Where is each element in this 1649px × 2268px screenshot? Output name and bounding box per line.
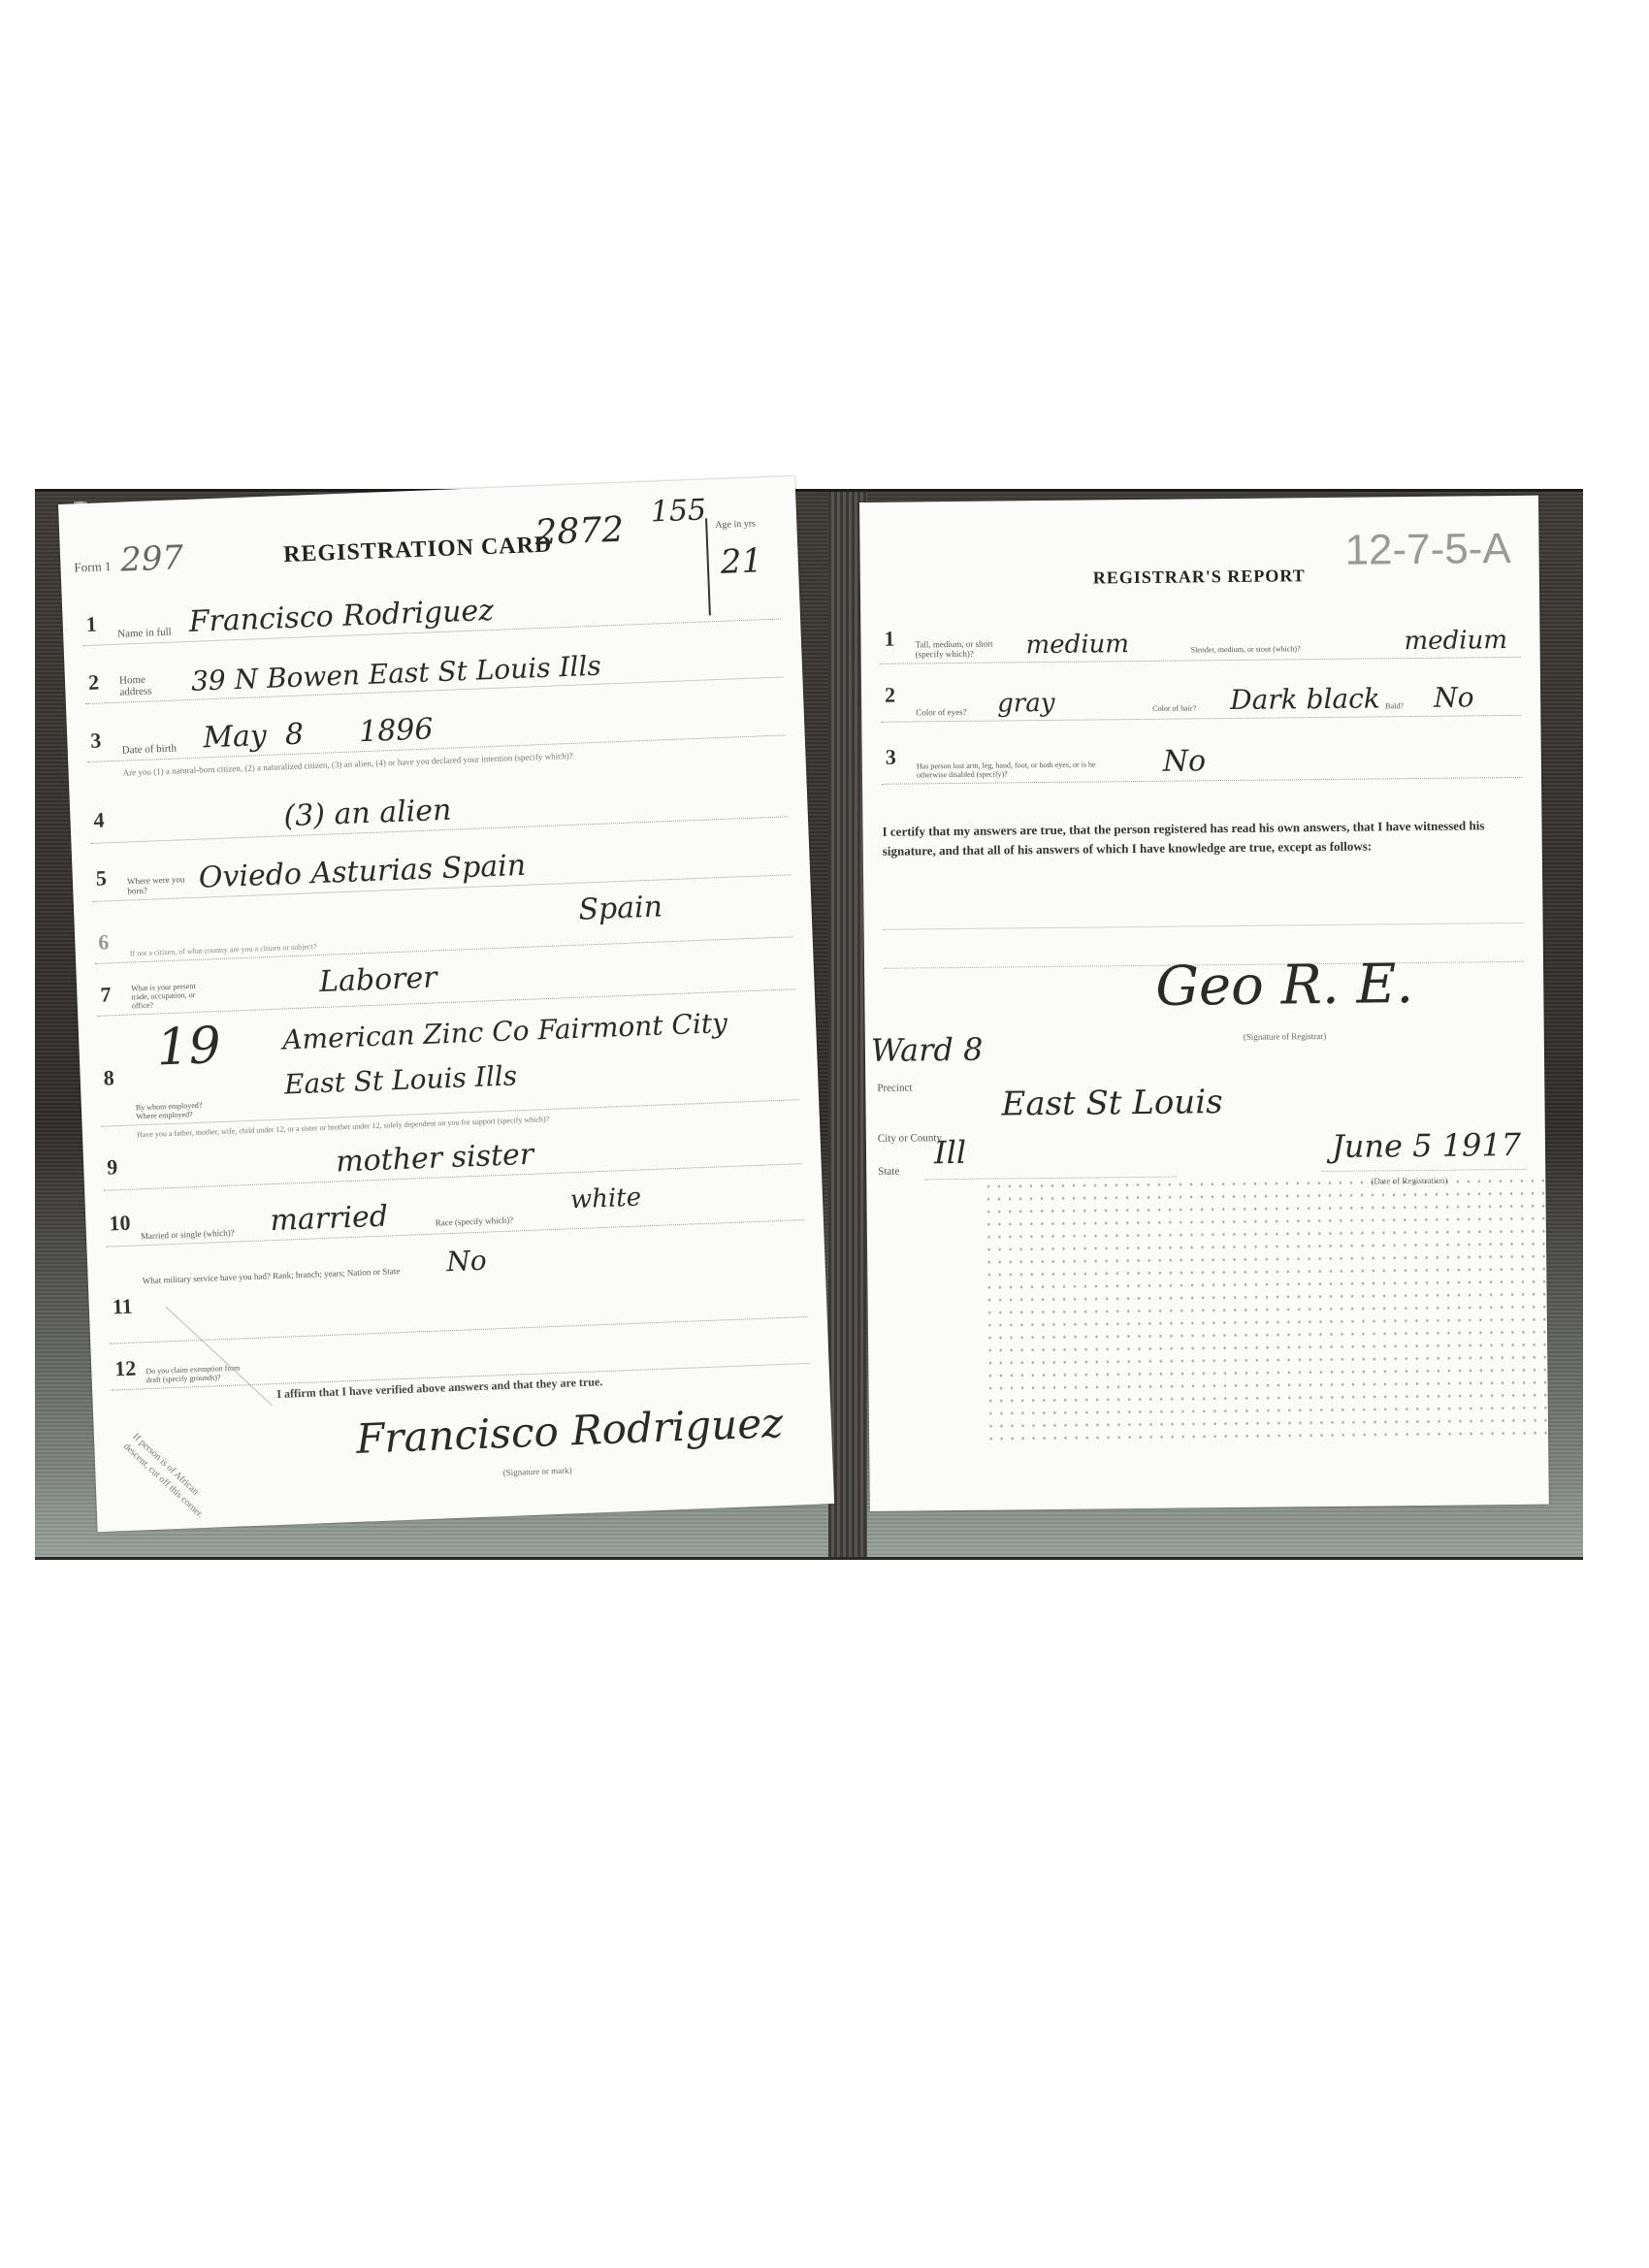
registrars-report: REGISTRAR'S REPORT 12-7-5-A 1 Tall, medi… xyxy=(859,496,1549,1511)
scan-noise xyxy=(983,1175,1548,1442)
report-reference: 12-7-5-A xyxy=(1344,525,1511,575)
eye-color-value: gray xyxy=(997,689,1055,719)
card-number: 155 xyxy=(650,493,707,529)
build-value: medium xyxy=(1404,626,1507,656)
field-label: Where were you born? xyxy=(127,874,186,895)
report-row-1: 1 Tall, medium, or short (specify which)… xyxy=(880,602,1521,664)
field-number: 3 xyxy=(90,728,102,753)
form-number: 297 xyxy=(119,538,183,579)
registrar-signature: Geo R. E. xyxy=(1155,953,1414,1019)
field-label: What military service have you had? Rank… xyxy=(143,1253,725,1285)
report-row-3: 3 Has person lost arm, leg, hand, foot, … xyxy=(881,719,1522,785)
hair-color-label: Color of hair? xyxy=(1152,703,1196,712)
field-label: Home address xyxy=(119,672,178,697)
field-label: Married or single (which)? xyxy=(141,1227,247,1241)
registrar-caption: (Signature of Registrar) xyxy=(1244,1031,1327,1042)
precinct-value: Ward 8 xyxy=(871,1031,984,1069)
citizenship-value: (3) an alien xyxy=(283,794,452,834)
serial-number: 2872 xyxy=(534,510,625,553)
field-number: 7 xyxy=(100,982,112,1007)
city-label: City or County xyxy=(878,1132,942,1145)
hair-color-value: Dark black xyxy=(1230,682,1380,716)
age-label: Age in yrs xyxy=(715,518,756,531)
precinct-label: Precinct xyxy=(877,1082,912,1093)
field-label: Date of birth xyxy=(122,742,190,757)
field-number: 9 xyxy=(107,1154,118,1180)
divider xyxy=(1322,1169,1526,1172)
field-number: 10 xyxy=(109,1211,131,1237)
field-number: 11 xyxy=(112,1294,133,1320)
bald-label: Bald? xyxy=(1385,701,1404,710)
dependents-value: mother sister xyxy=(336,1138,534,1180)
marital-status-value: married xyxy=(270,1200,389,1239)
build-label: Slender, medium, or stout (which)? xyxy=(1191,644,1317,654)
field-number: 8 xyxy=(103,1065,114,1090)
field-label: If not a citizen, of what country are yo… xyxy=(130,938,421,958)
field-number: 2 xyxy=(88,670,100,696)
state-label: State xyxy=(878,1166,899,1178)
name-value: Francisco Rodriguez xyxy=(188,594,495,639)
field-number: 4 xyxy=(93,807,105,832)
field-label: By whom employed? Where employed? xyxy=(136,1101,205,1121)
field-label: Has person lost arm, leg, hand, foot, or… xyxy=(917,760,1101,779)
field-number: 6 xyxy=(98,929,110,955)
race-label: Race (specify which)? xyxy=(436,1215,514,1228)
field-number: 1 xyxy=(85,612,97,637)
employer-value: American Zinc Co Fairmont City East St L… xyxy=(281,1000,750,1107)
city-value: East St Louis xyxy=(1001,1083,1222,1123)
state-value: Ill xyxy=(934,1134,967,1171)
registrant-signature: Francisco Rodriguez xyxy=(355,1399,784,1463)
field-label: Tall, medium, or short (specify which)? xyxy=(915,638,1021,659)
field-label: Name in full xyxy=(117,626,176,639)
field-number: 1 xyxy=(884,627,894,652)
field-number: 5 xyxy=(95,865,107,891)
certification-text: I certify that my answers are true, that… xyxy=(882,816,1524,861)
registration-card: Form 1 297 REGISTRATION CARD 2872 155 Ag… xyxy=(58,476,834,1532)
field-label: Color of eyes? xyxy=(916,707,967,718)
field-label: What is your present trade, occupation, … xyxy=(131,981,210,1010)
occupation-value: Laborer xyxy=(318,960,437,999)
race-value: white xyxy=(569,1183,641,1215)
registration-date: June 5 1917 xyxy=(1332,1126,1522,1165)
birthplace-value: Oviedo Asturias Spain xyxy=(198,849,527,895)
card-title: REGISTRATION CARD xyxy=(283,532,553,568)
marginal-number: 19 xyxy=(155,1017,221,1077)
report-title: REGISTRAR'S REPORT xyxy=(1093,566,1306,588)
birth-date-value: May 8 1896 xyxy=(203,712,434,755)
height-value: medium xyxy=(1025,630,1129,660)
field-number: 2 xyxy=(885,683,895,708)
bald-value: No xyxy=(1434,681,1474,713)
field-number: 3 xyxy=(886,745,896,770)
military-service-value: No xyxy=(446,1245,488,1279)
disability-value: No xyxy=(1163,744,1207,778)
citizen-of-value: Spain xyxy=(578,890,663,926)
form-label: Form 1 xyxy=(74,559,112,575)
divider xyxy=(884,923,1524,930)
signature-caption: (Signature or mark) xyxy=(502,1465,571,1477)
report-row-2: 2 Color of eyes? gray Color of hair? Dar… xyxy=(881,661,1522,723)
